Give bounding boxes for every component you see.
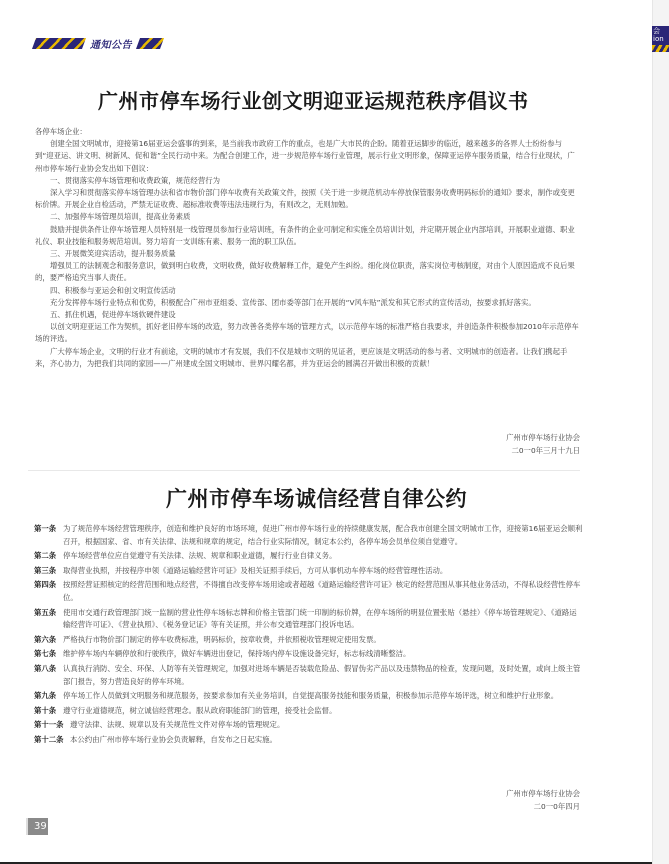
item-text: 以创文明迎亚运工作为契机，抓好老旧停车场的改造，努力改善各类停车场的管理方式，以…	[35, 321, 580, 345]
article-row: 第七条维护停车场内车辆停放和行驶秩序，做好车辆进出登记，保持场内停车设施设备完好…	[34, 648, 584, 661]
article-number: 第五条	[34, 607, 63, 632]
article-text: 严格执行市物价部门制定的停车收费标准，明码标价，按章收费，并依照税收管理规定使用…	[63, 634, 584, 647]
article-text: 停车场经营单位应自觉遵守有关法律、法规、规章和职业道德，履行行业自律义务。	[63, 550, 584, 563]
signature-date: 二0一0年三月十九日	[506, 445, 580, 458]
salutation: 各停车场企业：	[35, 126, 580, 138]
article-number: 第十二条	[34, 734, 70, 747]
article-row: 第三条取得营业执照，并按程序申领《道路运输经营许可证》及相关证照手续后，方可从事…	[34, 565, 584, 578]
convention-articles: 第一条为了规范停车场经营管理秩序，创造和维护良好的市场环境，促进广州市停车场行业…	[34, 523, 584, 749]
proposal-body: 各停车场企业： 创建全国文明城市，迎接第16届亚运会盛事的到来，是当前我市政府工…	[35, 126, 580, 370]
article-text: 按照经营证照核定的经营范围和地点经营，不得擅自改变停车场用途或者超越《道路运输经…	[63, 579, 584, 604]
stripe-decoration-right	[136, 38, 164, 49]
section-divider	[28, 470, 580, 471]
item-text: 增强员工的法制观念和服务意识，做到明白收费，文明收费，做好收费解释工作，避免产生…	[35, 260, 580, 284]
magazine-page: 通知公告 广州市停车场行业创文明迎亚运规范秩序倡议书 各停车场企业： 创建全国文…	[0, 0, 652, 864]
article-text: 遵守行业道德规范，树立诚信经营理念。服从政府职能部门的管理，接受社会监督。	[63, 705, 584, 718]
item-heading: 一、贯彻落实停车场管理和收费政策，规范经营行为	[35, 175, 580, 187]
article-number: 第十一条	[34, 719, 70, 732]
stripe-decoration	[652, 45, 669, 52]
stripe-decoration-left	[32, 38, 86, 49]
article-row: 第六条严格执行市物价部门制定的停车收费标准，明码标价，按章收费，并依照税收管理规…	[34, 634, 584, 647]
signature-date: 二0一0年四月	[506, 801, 580, 814]
item-text: 充分发挥停车场行业特点和优势，积极配合广州市亚组委、宣传部、团市委等部门在开展的…	[35, 297, 580, 309]
article-row: 第十二条本公约由广州市停车场行业协会负责解释，自发布之日起实施。	[34, 734, 584, 747]
item-heading: 三、开展微笑迎宾活动，提升服务质量	[35, 248, 580, 260]
facing-page-tab: 会 ion	[652, 26, 669, 52]
item-text: 深入学习和贯彻落实停车场管理办法和省市物价部门停车收费有关政策文件，按照《关于进…	[35, 187, 580, 211]
article-row: 第一条为了规范停车场经营管理秩序，创造和维护良好的市场环境，促进广州市停车场行业…	[34, 523, 584, 548]
article-number: 第四条	[34, 579, 63, 604]
convention-signature: 广州市停车场行业协会 二0一0年四月	[506, 788, 580, 813]
article-row: 第八条认真执行消防、安全、环保、人防等有关管理规定，加强对进场车辆是否装载危险品…	[34, 663, 584, 688]
article-text: 维护停车场内车辆停放和行驶秩序，做好车辆进出登记，保持场内停车设施设备完好，标志…	[63, 648, 584, 661]
article-number: 第一条	[34, 523, 63, 548]
article-text: 遵守法律、法规、规章以及有关规范性文件对停车场的管理规定。	[70, 719, 584, 732]
intro-paragraph: 创建全国文明城市，迎接第16届亚运会盛事的到来，是当前我市政府工作的重点，也是广…	[35, 138, 580, 175]
article-row: 第四条按照经营证照核定的经营范围和地点经营，不得擅自改变停车场用途或者超越《道路…	[34, 579, 584, 604]
signature-org: 广州市停车场行业协会	[506, 788, 580, 801]
closing-paragraph: 广大停车场企业，文明的行业才有前途，文明的城市才有发展，我们不仅是城市文明的见证…	[35, 346, 580, 370]
article-row: 第十条遵守行业道德规范，树立诚信经营理念。服从政府职能部门的管理，接受社会监督。	[34, 705, 584, 718]
article-text: 为了规范停车场经营管理秩序，创造和维护良好的市场环境，促进广州市停车场行业的持续…	[63, 523, 584, 548]
article-row: 第二条停车场经营单位应自觉遵守有关法律、法规、规章和职业道德，履行行业自律义务。	[34, 550, 584, 563]
item-heading: 四、积极参与亚运会和创文明宣传活动	[35, 285, 580, 297]
article-number: 第八条	[34, 663, 63, 688]
article-row: 第九条停车场工作人员做到文明服务和规范服务，按要求参加有关业务培训，自觉提高服务…	[34, 690, 584, 703]
page-number: 39	[26, 818, 48, 835]
proposal-signature: 广州市停车场行业协会 二0一0年三月十九日	[506, 432, 580, 457]
article-number: 第七条	[34, 648, 63, 661]
facing-page-edge	[652, 0, 669, 864]
convention-title: 广州市停车场诚信经营自律公约	[166, 483, 467, 513]
proposal-title: 广州市停车场行业创文明迎亚运规范秩序倡议书	[98, 85, 529, 114]
article-number: 第二条	[34, 550, 63, 563]
item-heading: 五、抓住机遇，促进停车场软硬件建设	[35, 309, 580, 321]
section-banner: 通知公告	[34, 37, 162, 49]
article-text: 使用市交通行政管理部门统一监制的营业性停车场标志牌和价格主管部门统一印制的标价牌…	[63, 607, 584, 632]
section-label: 通知公告	[90, 36, 132, 51]
article-row: 第五条使用市交通行政管理部门统一监制的营业性停车场标志牌和价格主管部门统一印制的…	[34, 607, 584, 632]
article-text: 取得营业执照，并按程序申领《道路运输经营许可证》及相关证照手续后，方可从事机动车…	[63, 565, 584, 578]
signature-org: 广州市停车场行业协会	[506, 432, 580, 445]
facing-tab-text: 会 ion	[653, 27, 669, 43]
item-heading: 二、加强停车场管理员培训，提高业务素质	[35, 211, 580, 223]
article-number: 第九条	[34, 690, 63, 703]
article-number: 第六条	[34, 634, 63, 647]
article-number: 第十条	[34, 705, 63, 718]
article-text: 停车场工作人员做到文明服务和规范服务，按要求参加有关业务培训，自觉提高服务技能和…	[63, 690, 584, 703]
article-text: 认真执行消防、安全、环保、人防等有关管理规定，加强对进场车辆是否装载危险品、假冒…	[63, 663, 584, 688]
article-row: 第十一条遵守法律、法规、规章以及有关规范性文件对停车场的管理规定。	[34, 719, 584, 732]
article-text: 本公约由广州市停车场行业协会负责解释，自发布之日起实施。	[70, 734, 584, 747]
item-text: 鼓励并提供条件让停车场管理人员特别是一线管理员参加行业培训班，有条件的企业可制定…	[35, 224, 580, 248]
article-number: 第三条	[34, 565, 63, 578]
